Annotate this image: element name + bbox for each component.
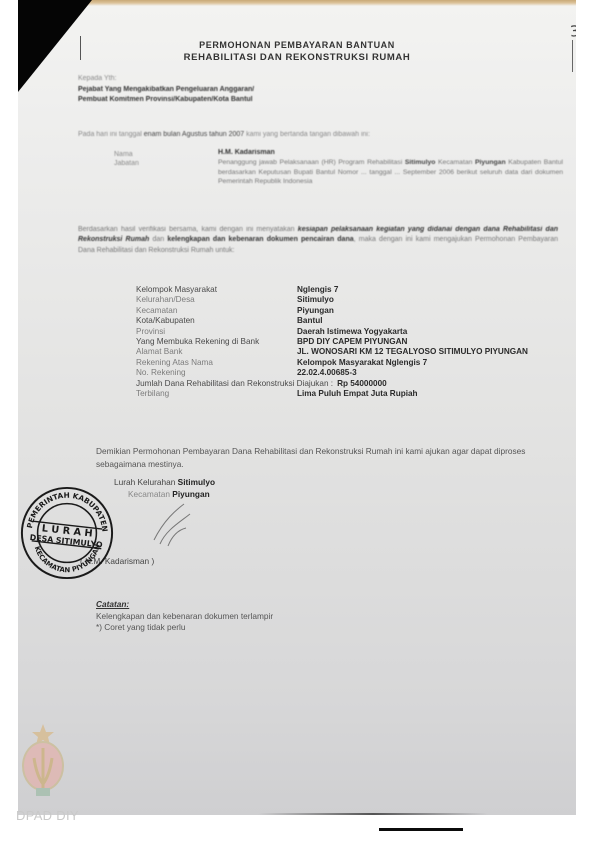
- notes-heading: Catatan:: [96, 599, 273, 611]
- field-row: TerbilangLima Puluh Empat Juta Rupiah: [136, 389, 576, 399]
- official-stamp-icon: PEMERINTAH KABUPATEN BANTUL L U R A H DE…: [18, 484, 116, 582]
- field-value: Nglengis 7: [297, 285, 338, 295]
- field-row: Kelurahan/DesaSitimulyo: [136, 295, 576, 305]
- field-value: JL. WONOSARI KM 12 TEGALYOSO SITIMULYO P…: [297, 347, 528, 357]
- field-value: Sitimulyo: [297, 295, 334, 305]
- page-edge-shadow: [258, 813, 488, 815]
- notes-line-2: *) Coret yang tidak perlu: [96, 622, 273, 634]
- opening-date: enam bulan Agustus tahun 2007: [144, 131, 244, 138]
- name-label: Nama: [114, 151, 133, 158]
- field-value: Bantul: [297, 316, 322, 326]
- addressee-line-1: Pejabat Yang Mengakibatkan Pengeluaran A…: [78, 86, 254, 93]
- field-row: Jumlah Dana Rehabilitasi dan Rekonstruks…: [136, 379, 576, 389]
- field-label: Alamat Bank: [136, 347, 182, 357]
- field-value: 22.02.4.00685-3: [297, 368, 357, 378]
- signature-prefix: Lurah Kelurahan: [114, 477, 175, 487]
- field-label: Yang Membuka Rekening di Bank: [136, 337, 259, 347]
- field-label: Kecamatan: [136, 306, 177, 316]
- field-label: Terbilang: [136, 389, 169, 399]
- field-row: KecamatanPiyungan: [136, 306, 576, 316]
- signature-title-line-1: Lurah Kelurahan Sitimulyo: [114, 477, 215, 487]
- opening-prefix: Pada hari ini tanggal: [78, 131, 142, 138]
- field-label: Rekening Atas Nama: [136, 358, 213, 368]
- field-label: Kelurahan/Desa: [136, 295, 195, 305]
- field-value: Kelompok Masyarakat Nglengis 7: [297, 358, 427, 368]
- field-label: Jumlah Dana Rehabilitasi dan Rekonstruks…: [136, 379, 333, 388]
- signature-prefix: Kecamatan: [128, 489, 170, 499]
- field-row: Yang Membuka Rekening di BankBPD DIY CAP…: [136, 337, 576, 347]
- statement-paragraph: Berdasarkan hasil verifikasi bersama, ka…: [78, 225, 558, 256]
- signature-district: Piyungan: [172, 489, 209, 499]
- closing-paragraph: Demikian Permohonan Pembayaran Dana Reha…: [96, 445, 566, 471]
- field-value: Rp 54000000: [337, 379, 387, 388]
- name-value: H.M. Kadarisman: [218, 149, 275, 156]
- notes-line-1: Kelengkapan dan kebenaran dokumen terlam…: [96, 611, 273, 623]
- position-village: Sitimulyo: [405, 159, 436, 166]
- statement-text: dan: [152, 236, 164, 243]
- position-description: Penanggung jawab Pelaksanaan (HR) Progra…: [218, 158, 563, 187]
- notes-section: Catatan: Kelengkapan dan kebenaran dokum…: [96, 599, 273, 634]
- handwritten-page-number: 32: [569, 21, 576, 40]
- statement-text: Berdasarkan hasil verifikasi bersama, ka…: [78, 226, 295, 233]
- document-title-line-2: REHABILITASI DAN REKONSTRUKSI RUMAH: [18, 52, 576, 63]
- field-row: Rekening Atas NamaKelompok Masyarakat Ng…: [136, 358, 576, 368]
- field-row: Kota/KabupatenBantul: [136, 316, 576, 326]
- scan-edge-bar: [379, 828, 463, 831]
- field-row: Kelompok MasyarakatNglengis 7: [136, 285, 576, 295]
- government-crest-icon: [16, 722, 70, 800]
- statement-bold: kelengkapan dan kebenaran dokumen pencai…: [167, 236, 353, 243]
- position-text: Kecamatan: [438, 159, 472, 166]
- field-label: Provinsi: [136, 327, 165, 337]
- signature-title-line-2: Kecamatan Piyungan: [128, 489, 210, 499]
- field-row: No. Rekening22.02.4.00685-3: [136, 368, 576, 378]
- field-label: Kelompok Masyarakat: [136, 285, 217, 295]
- field-label: Kota/Kabupaten: [136, 316, 195, 326]
- handwritten-signature: [146, 500, 196, 550]
- field-value: Lima Puluh Empat Juta Rupiah: [297, 389, 418, 399]
- opening-suffix: kami yang bertanda tangan dibawah ini:: [246, 131, 370, 138]
- field-value: Daerah Istimewa Yogyakarta: [297, 327, 407, 337]
- archive-watermark: DPAD DIY: [16, 808, 79, 823]
- addressee-label: Kepada Yth:: [78, 75, 116, 82]
- document-title-line-1: PERMOHONAN PEMBAYARAN BANTUAN: [18, 40, 576, 50]
- field-row: ProvinsiDaerah Istimewa Yogyakarta: [136, 327, 576, 337]
- position-text: Penanggung jawab Pelaksanaan (HR) Progra…: [218, 159, 402, 166]
- position-district: Piyungan: [475, 159, 506, 166]
- request-details-table: Kelompok MasyarakatNglengis 7 Kelurahan/…: [136, 285, 576, 399]
- position-label: Jabatan: [114, 160, 139, 167]
- opening-line: Pada hari ini tanggal enam bulan Agustus…: [78, 131, 370, 138]
- addressee-line-2: Pembuat Komitmen Provinsi/Kabupaten/Kota…: [78, 96, 253, 103]
- scanned-document-page: 32 PERMOHONAN PEMBAYARAN BANTUAN REHABIL…: [18, 0, 576, 815]
- field-value: BPD DIY CAPEM PIYUNGAN: [297, 337, 407, 347]
- field-value: Piyungan: [297, 306, 334, 316]
- signature-village: Sitimulyo: [178, 477, 215, 487]
- field-row: Alamat BankJL. WONOSARI KM 12 TEGALYOSO …: [136, 347, 576, 357]
- field-label: No. Rekening: [136, 368, 186, 378]
